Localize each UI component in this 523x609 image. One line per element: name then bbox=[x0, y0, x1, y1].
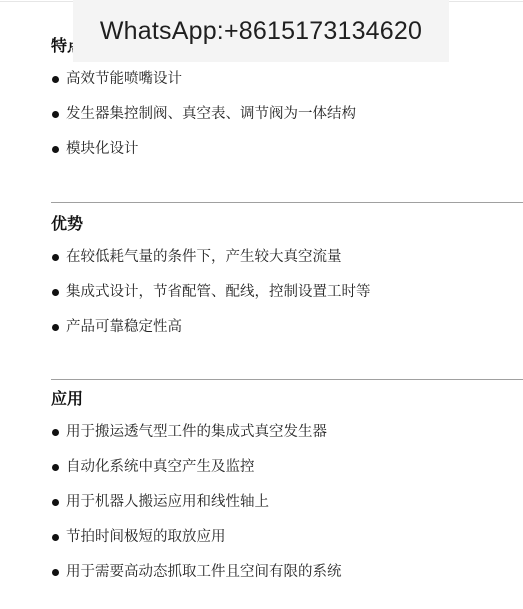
advantages-list: 在较低耗气量的条件下，产生较大真空流量 集成式设计，节省配管、配线，控制设置工时… bbox=[51, 246, 523, 351]
list-item: 高效节能喷嘴设计 bbox=[51, 68, 523, 103]
applications-list: 用于搬运透气型工件的集成式真空发生器 自动化系统中真空产生及监控 用于机器人搬运… bbox=[51, 421, 523, 596]
bullet-icon bbox=[52, 76, 59, 83]
list-item-text: 高效节能喷嘴设计 bbox=[66, 71, 182, 87]
list-item: 用于需要高动态抓取工件且空间有限的系统 bbox=[51, 561, 523, 596]
list-item-text: 用于机器人搬运应用和线性轴上 bbox=[66, 494, 269, 510]
list-item-text: 发生器集控制阀、真空表、调节阀为一体结构 bbox=[66, 106, 356, 122]
bullet-icon bbox=[52, 146, 59, 153]
advantages-heading: 优势 bbox=[51, 213, 523, 235]
applications-section: 应用 用于搬运透气型工件的集成式真空发生器 自动化系统中真空产生及监控 用于机器… bbox=[51, 379, 523, 596]
bullet-icon bbox=[52, 289, 59, 296]
bullet-icon bbox=[52, 429, 59, 436]
whatsapp-watermark: WhatsApp:+8615173134620 bbox=[73, 0, 449, 62]
list-item: 模块化设计 bbox=[51, 138, 523, 173]
list-item: 在较低耗气量的条件下，产生较大真空流量 bbox=[51, 246, 523, 281]
list-item-text: 用于搬运透气型工件的集成式真空发生器 bbox=[66, 424, 327, 440]
list-item: 发生器集控制阀、真空表、调节阀为一体结构 bbox=[51, 103, 523, 138]
bullet-icon bbox=[52, 499, 59, 506]
list-item: 产品可靠稳定性高 bbox=[51, 316, 523, 351]
bullet-icon bbox=[52, 111, 59, 118]
bullet-icon bbox=[52, 464, 59, 471]
list-item-text: 在较低耗气量的条件下，产生较大真空流量 bbox=[66, 249, 342, 265]
bullet-icon bbox=[52, 324, 59, 331]
list-item-text: 集成式设计，节省配管、配线，控制设置工时等 bbox=[66, 284, 371, 300]
section-divider bbox=[51, 202, 523, 203]
applications-heading: 应用 bbox=[51, 388, 523, 410]
section-divider bbox=[51, 379, 523, 380]
list-item-text: 模块化设计 bbox=[66, 141, 139, 157]
features-list: 高效节能喷嘴设计 发生器集控制阀、真空表、调节阀为一体结构 模块化设计 bbox=[51, 68, 523, 173]
list-item-text: 用于需要高动态抓取工件且空间有限的系统 bbox=[66, 564, 342, 580]
bullet-icon bbox=[52, 534, 59, 541]
list-item-text: 节拍时间极短的取放应用 bbox=[66, 529, 226, 545]
list-item: 自动化系统中真空产生及监控 bbox=[51, 456, 523, 491]
list-item-text: 自动化系统中真空产生及监控 bbox=[66, 459, 255, 475]
list-item: 集成式设计，节省配管、配线，控制设置工时等 bbox=[51, 281, 523, 316]
list-item: 节拍时间极短的取放应用 bbox=[51, 526, 523, 561]
bullet-icon bbox=[52, 569, 59, 576]
list-item: 用于机器人搬运应用和线性轴上 bbox=[51, 491, 523, 526]
watermark-text: WhatsApp:+8615173134620 bbox=[100, 17, 422, 46]
list-item-text: 产品可靠稳定性高 bbox=[66, 319, 182, 335]
advantages-section: 优势 在较低耗气量的条件下，产生较大真空流量 集成式设计，节省配管、配线，控制设… bbox=[51, 202, 523, 351]
list-item: 用于搬运透气型工件的集成式真空发生器 bbox=[51, 421, 523, 456]
bullet-icon bbox=[52, 254, 59, 261]
